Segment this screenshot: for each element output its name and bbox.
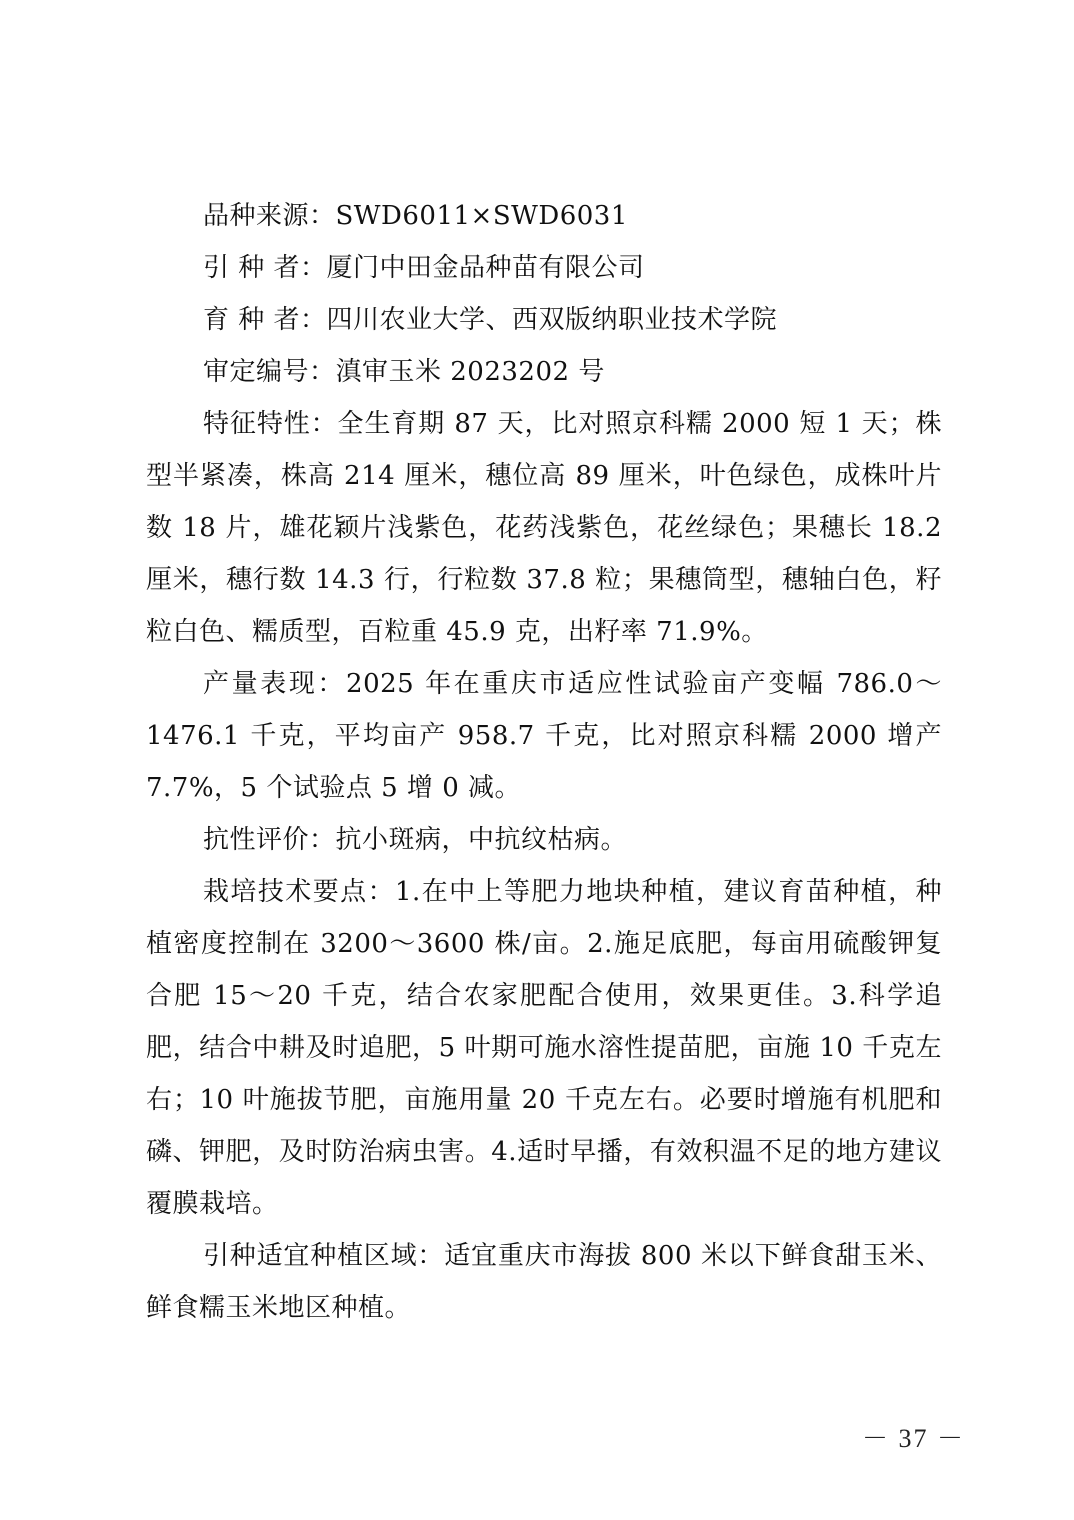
introducer: 引 种 者：厦门中田金品种苗有限公司: [146, 242, 942, 294]
variety-source: 品种来源：SWD6011×SWD6031: [146, 190, 942, 242]
yield-performance: 产量表现：2025 年在重庆市适应性试验亩产变幅 786.0～1476.1 千克…: [146, 658, 942, 814]
document-body: 品种来源：SWD6011×SWD6031 引 种 者：厦门中田金品种苗有限公司 …: [146, 190, 942, 1334]
cultivation-key-points: 栽培技术要点：1.在中上等肥力地块种植，建议育苗种植，种植密度控制在 3200～…: [146, 866, 942, 1230]
approval-number: 审定编号：滇审玉米 2023202 号: [146, 346, 942, 398]
breeder: 育 种 者：四川农业大学、西双版纳职业技术学院: [146, 294, 942, 346]
resistance-evaluation: 抗性评价：抗小斑病，中抗纹枯病。: [146, 814, 942, 866]
page-number: － 37 －: [862, 1418, 965, 1455]
suitable-planting-region: 引种适宜种植区域：适宜重庆市海拔 800 米以下鲜食甜玉米、鲜食糯玉米地区种植。: [146, 1230, 942, 1334]
characteristics: 特征特性：全生育期 87 天，比对照京科糯 2000 短 1 天；株型半紧凑，株…: [146, 398, 942, 658]
